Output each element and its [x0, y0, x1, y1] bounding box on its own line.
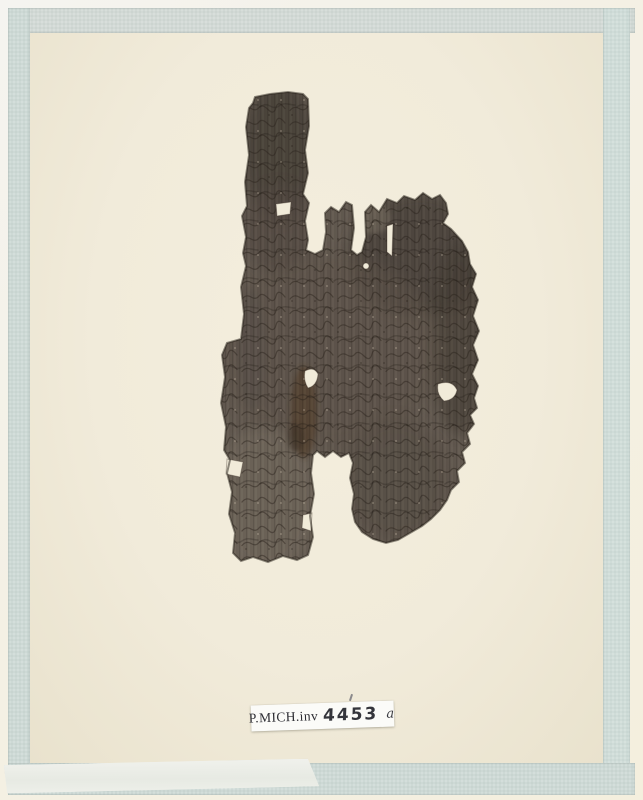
- label-handwritten-suffix: a: [386, 706, 394, 721]
- photo-of-mounted-papyrus: P.MICH.inv 4453 a: [0, 0, 643, 800]
- papyrus-fragment: [0, 0, 643, 800]
- inventory-label: P.MICH.inv 4453 a: [251, 701, 395, 732]
- papyrus-texture: [200, 78, 492, 575]
- label-handwritten-number: 4453: [323, 704, 379, 726]
- label-printed-text: P.MICH.inv: [249, 708, 319, 726]
